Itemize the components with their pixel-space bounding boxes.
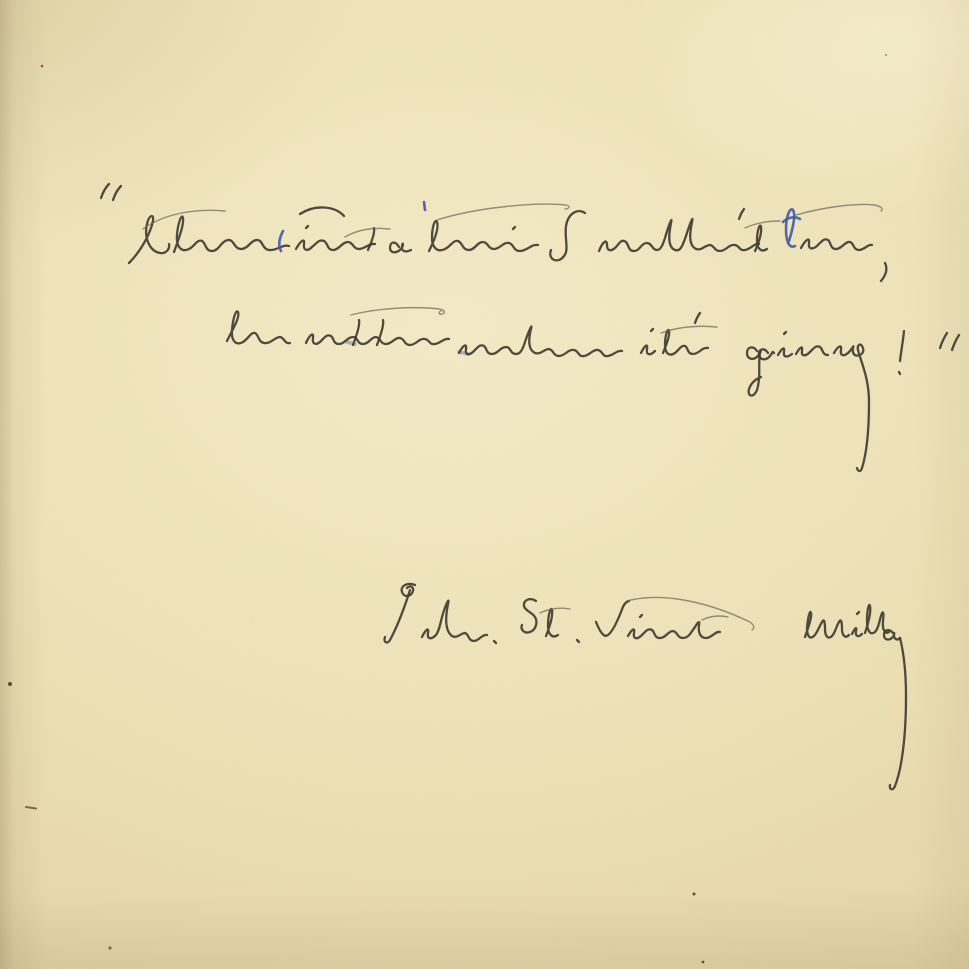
handwriting-layer [0, 0, 969, 969]
photograph-of-inscription: “ There isn't a train I wouldn't take, N… [0, 0, 969, 969]
paper-grain-texture [0, 0, 969, 969]
